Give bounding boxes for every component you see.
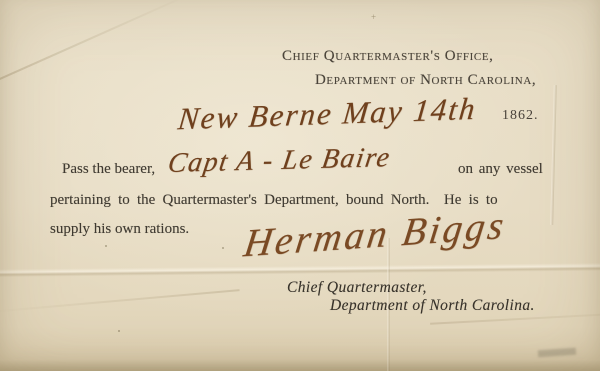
letterhead-office-line: Chief Quartermaster's Office, — [282, 48, 494, 65]
paper-speck — [222, 247, 224, 249]
registration-mark: + — [371, 12, 376, 22]
pass-text-prefix: Pass the bearer, — [62, 161, 155, 178]
closing-department-line: Department of North Carolina. — [330, 297, 535, 315]
letterhead-department-line: Department of North Carolina, — [315, 72, 536, 89]
crease-line — [430, 313, 600, 324]
paper-speck — [105, 245, 107, 247]
crease-line — [0, 0, 190, 89]
paper-speck — [118, 330, 120, 332]
handwritten-place-and-date: New Berne May 14th — [176, 91, 478, 138]
closing-title-line: Chief Quartermaster, — [287, 279, 427, 297]
document-scan: + Chief Quartermaster's Office, Departme… — [0, 0, 600, 371]
pass-text-suffix: on any vessel — [458, 161, 543, 178]
handwritten-bearer-name: Capt A - Le Baire — [166, 142, 393, 180]
handwritten-signature: Herman Biggs — [241, 203, 509, 267]
pass-text-line2: pertaining to the Quartermaster's Depart… — [50, 192, 498, 209]
horizontal-fold-crease — [0, 263, 600, 277]
pass-text-line3: supply his own rations. — [50, 221, 189, 238]
crease-line — [0, 289, 240, 313]
crease-line — [550, 85, 557, 225]
pencil-notation-smudge — [538, 348, 576, 358]
printed-year: 1862. — [502, 108, 539, 124]
